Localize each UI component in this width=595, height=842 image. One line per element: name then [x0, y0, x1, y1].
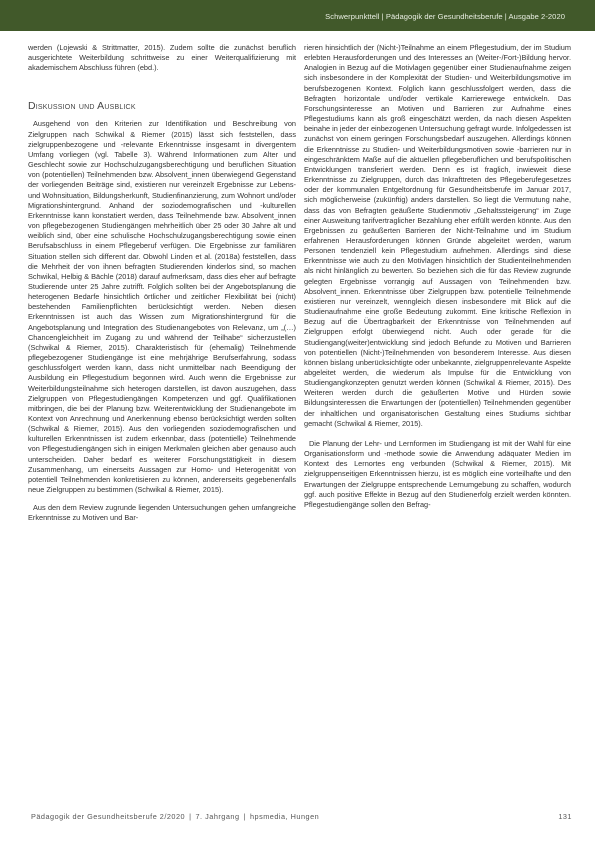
- footer-publisher: hpsmedia, Hungen: [250, 812, 319, 821]
- running-header-band: Schwerpunkttell | Pädagogik der Gesundhe…: [0, 0, 595, 31]
- footer-separator: |: [185, 812, 195, 821]
- page-number: 131: [558, 812, 572, 821]
- footer-volume: 7. Jahrgang: [196, 812, 240, 821]
- footer-separator: |: [240, 812, 250, 821]
- body-paragraph: rieren hinsichtlich der (Nicht-)Teilnahm…: [304, 43, 571, 429]
- body-paragraph: Ausgehend von den Kriterien zur Identifi…: [28, 119, 296, 495]
- body-paragraph: Die Planung der Lehr- und Lernformen im …: [304, 439, 571, 510]
- footer-journal: Pädagogik der Gesundheitsberufe 2/2020: [31, 812, 185, 821]
- intro-paragraph: werden (Lojewski & Strittmatter, 2015). …: [28, 43, 296, 73]
- page-footer: Pädagogik der Gesundheitsberufe 2/2020|7…: [31, 812, 572, 824]
- body-paragraph: Aus den dem Review zugrunde liegenden Un…: [28, 503, 296, 523]
- running-header-title: Schwerpunkttell | Pädagogik der Gesundhe…: [325, 12, 565, 21]
- section-heading: Diskussion und Ausblick: [28, 100, 296, 112]
- left-column: werden (Lojewski & Strittmatter, 2015). …: [28, 43, 296, 524]
- right-column: rieren hinsichtlich der (Nicht-)Teilnahm…: [304, 43, 571, 510]
